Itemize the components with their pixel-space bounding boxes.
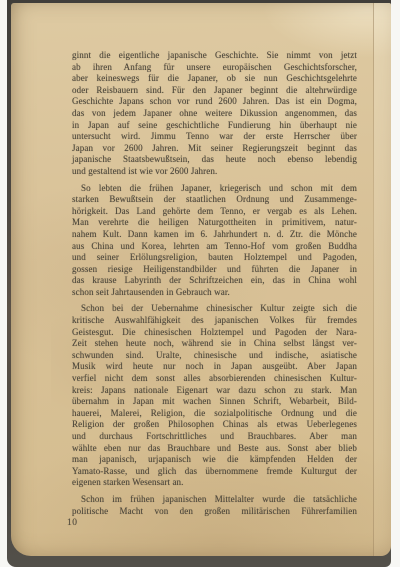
text-line: untersucht wird. Jimmu Tenno war der ers… [72,131,357,143]
page-edge-highlight [374,3,391,556]
paragraph: ginnt die eigentliche japanische Geschic… [72,50,357,178]
text-line: übernahm in Japan mit wachen Sinnen Schr… [72,396,357,408]
text-line: das krause Labyrinth der Schriftzeichen … [72,275,357,287]
text-line: japanische Staatsbewußtsein, das heute n… [72,154,357,166]
text-line: kritische Auswahlfähigkeit des japanisch… [72,315,357,327]
text-line: starken Bewußtsein der staatlichen Ordnu… [72,194,357,206]
text-line: und durchaus Fortschrittliches und Brauc… [72,431,357,443]
text-line: hauerei, Malerei, Religion, die sozialpo… [72,408,357,420]
text-line: verfiel nicht dem sonst alles absorbiere… [72,373,357,385]
text-line: man japanisch, urjapanisch wie die kämpf… [72,454,357,466]
text-line: politische Macht von den großen militäri… [72,506,357,518]
text-line: Japan vor 2600 Jahren. Mit seiner Regier… [72,143,357,155]
text-line: Schon im frühen japanischen Mittelalter … [81,494,357,506]
text-line: Musik wird heute nur noch in Japan ausge… [72,361,357,373]
paragraph: So lebten die frühen Japaner, kriegerisc… [72,183,357,299]
text-line: und gestaltend ist wie vor 2600 Jahren. [72,166,357,178]
text-line: das von jedem Japaner ohne weitere Dikus… [72,108,357,120]
text-line: eigenen starken Wesensart an. [72,477,357,489]
text-line: Zeit stehen heute noch, während sie in C… [72,338,357,350]
page-text-block: ginnt die eigentliche japanische Geschic… [72,50,357,522]
text-line: ab ihren Anfang für unsere europäischen … [72,62,357,74]
text-line: schwunden sind. Uralte, chinesische und … [72,350,357,362]
page-surface: ginnt die eigentliche japanische Geschic… [11,3,391,556]
text-line: So lebten die frühen Japaner, kriegerisc… [81,183,357,195]
text-line: oder Reisbauern sind. Für den Japaner be… [72,85,357,97]
text-line: und seiner Erlölungsreligion, bauten Hol… [72,252,357,264]
text-line: Geschichte Japans schon vor rund 2600 Ja… [72,96,357,108]
text-line: schon seit Jahrtausenden in Gebrauch war… [72,287,357,299]
text-line: ginnt die eigentliche japanische Geschic… [72,50,357,62]
text-line: wählte eben nur das Brauchbare und Beste… [72,443,357,455]
scanner-background: ginnt die eigentliche japanische Geschic… [7,0,391,567]
text-line: aber keineswegs für die Japaner, ob sie … [72,73,357,85]
scanned-book-photo: ginnt die eigentliche japanische Geschic… [0,0,400,567]
page-number: 10 [67,518,78,528]
text-line: aus China und Korea, lehrten am Tenno-Ho… [72,241,357,253]
text-line: Man verehrte die heiligen Naturgottheite… [72,217,357,229]
text-line: Yamato-Rasse, und glich das übernommene … [72,466,357,478]
text-line: Geistesgut. Die chinesischen Holztempel … [72,327,357,339]
text-line: kreis: Japans nationale Eigenart war daz… [72,385,357,397]
text-line: in Japan auf seine geschichtliche Fundie… [72,120,357,132]
text-line: Schon bei der Uebernahme chinesischer Ku… [81,303,357,315]
text-line: nahem Kult. Dann kamen im 6. Jahrhundert… [72,229,357,241]
text-line: gossen riesige Heiligenstandbilder und f… [72,264,357,276]
text-line: Religion der großen Philosophen Chinas a… [72,419,357,431]
paragraph: Schon bei der Uebernahme chinesischer Ku… [72,303,357,489]
text-line: hörigkeit. Das Land gehörte dem Tenno, e… [72,206,357,218]
paragraph: Schon im frühen japanischen Mittelalter … [72,494,357,517]
